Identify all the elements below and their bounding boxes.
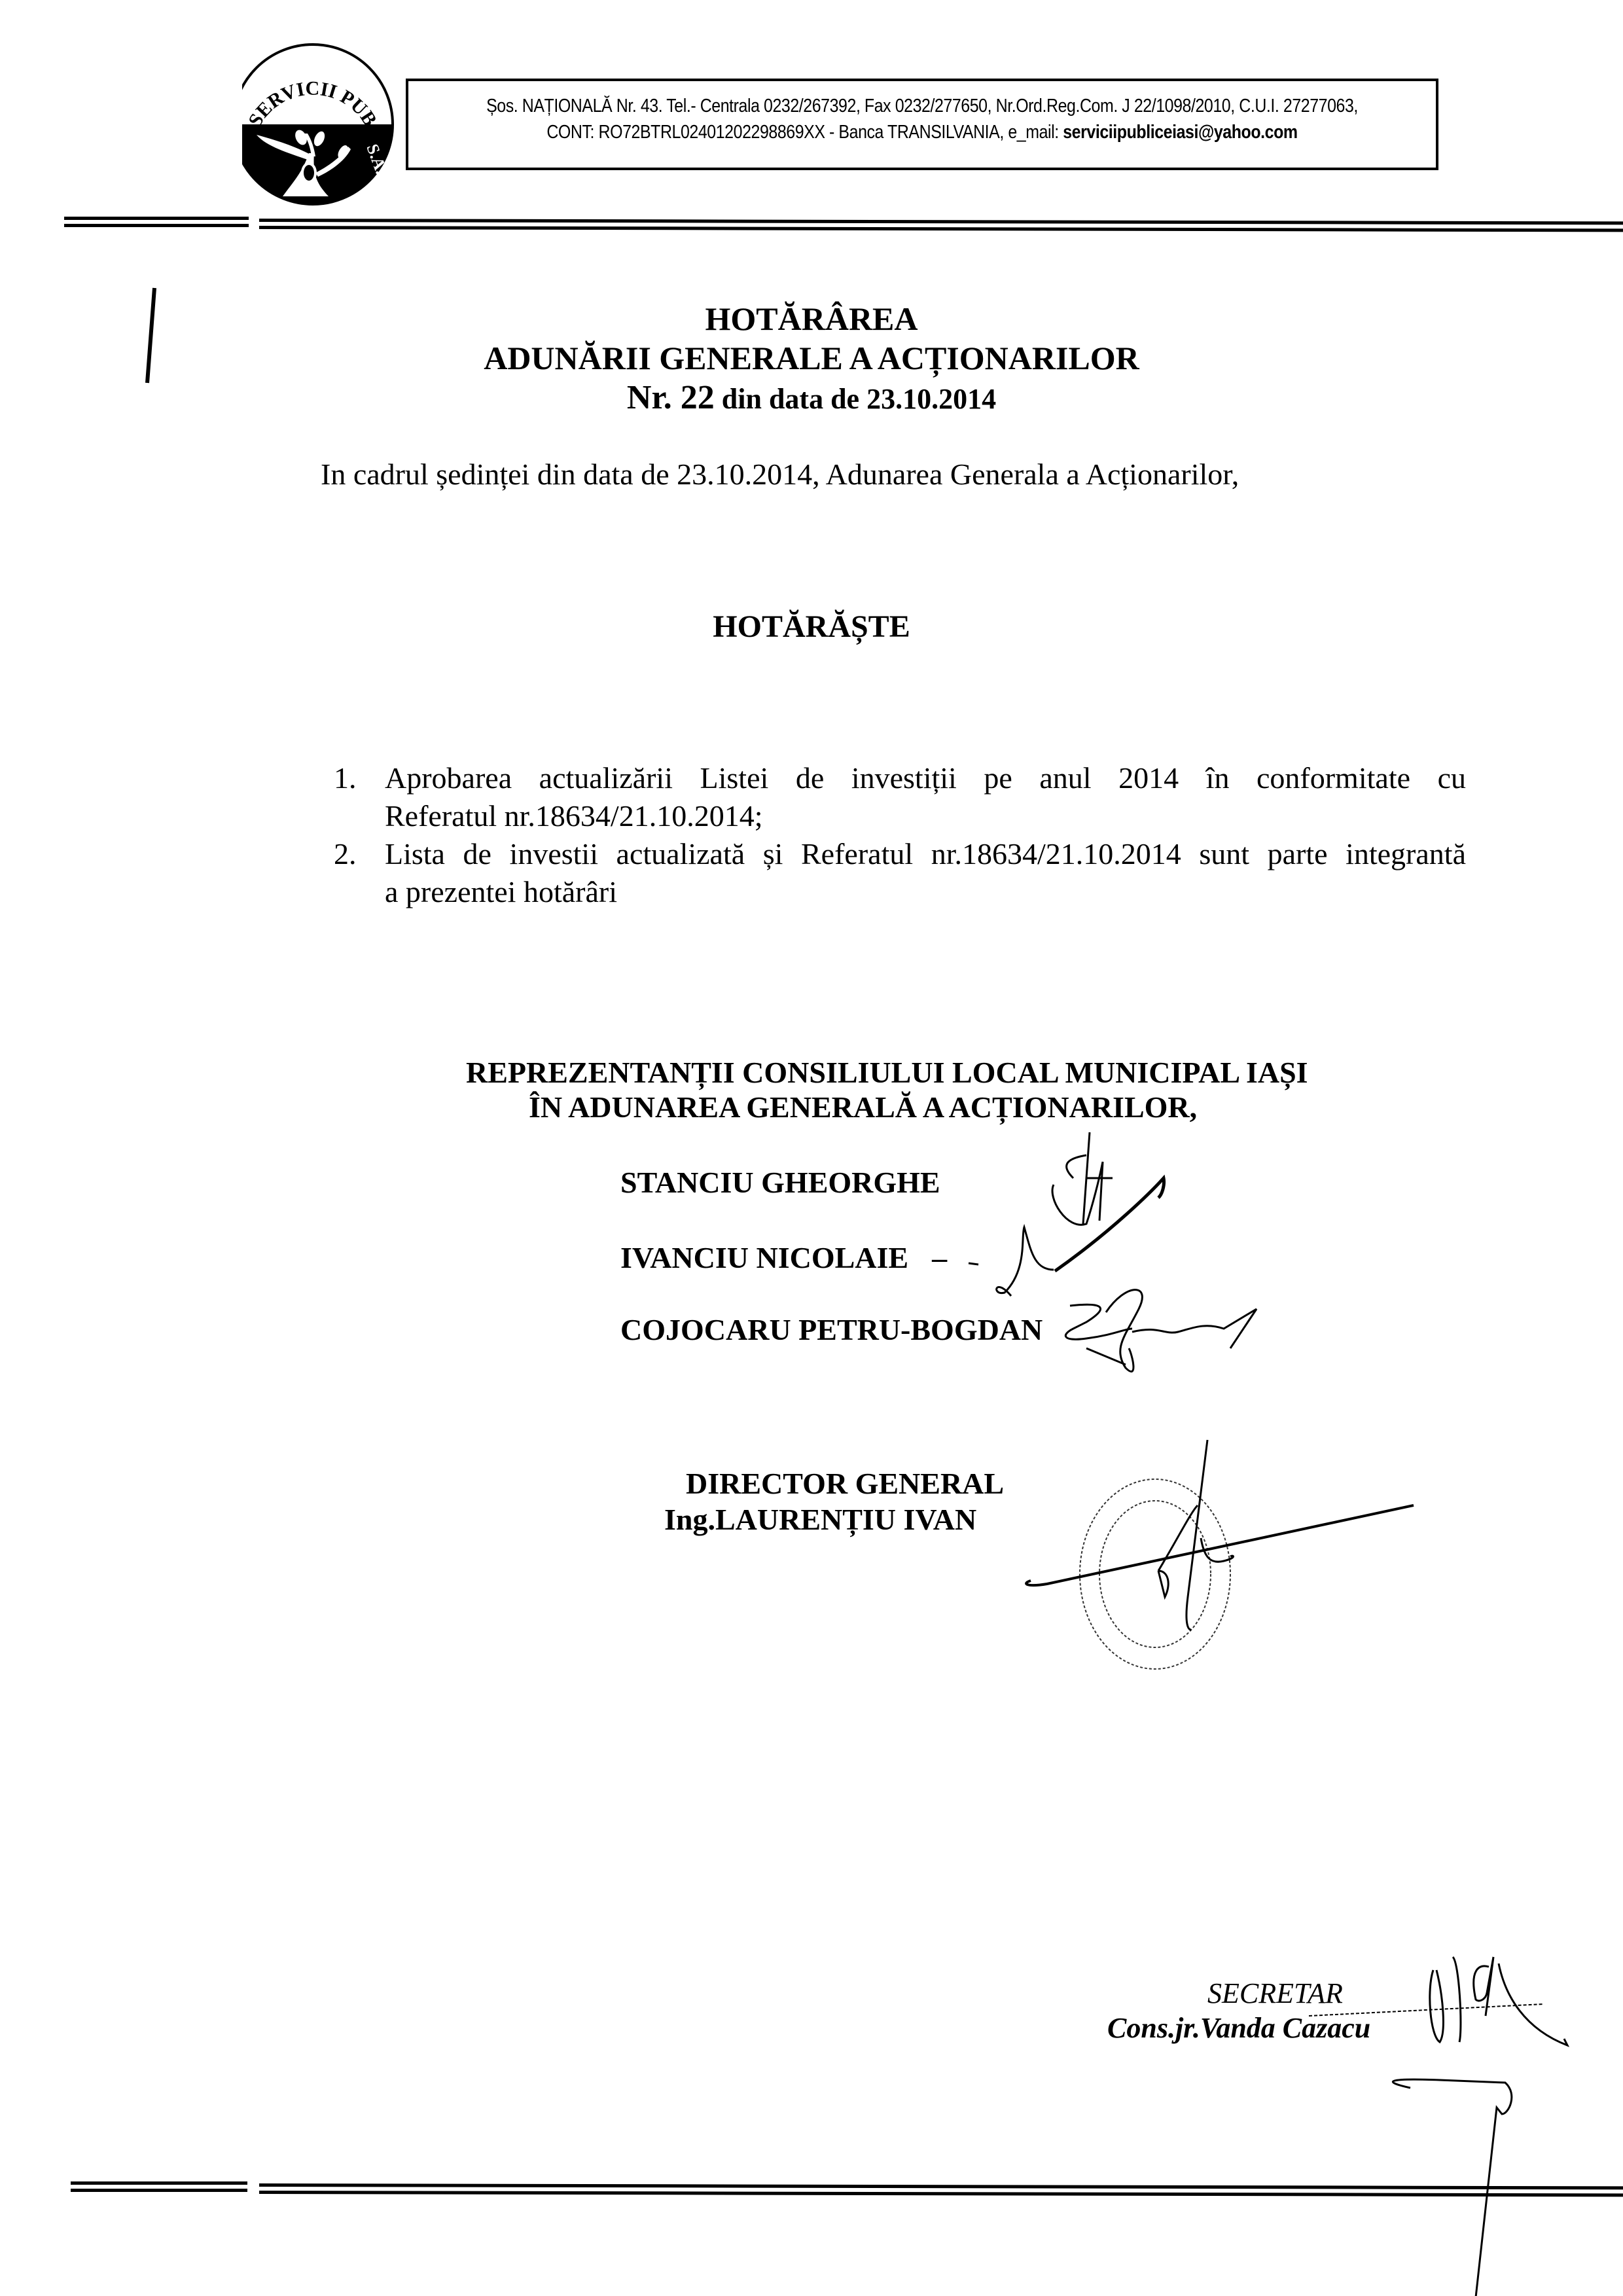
footer-divider (259, 2191, 1623, 2197)
document-number-date: Nr. 22 din data de 23.10.2014 (0, 378, 1623, 417)
footer-divider (71, 2189, 247, 2192)
letterhead-account-text: CONT: RO72BTRL02401202298869XX - Banca T… (546, 122, 1063, 143)
decision-number: 1. (334, 759, 357, 797)
decision-text-line: Aprobarea actualizării Listei de investi… (385, 759, 1466, 797)
signature-cojocaru-icon (1065, 1290, 1257, 1372)
letterhead-contact-box: Șos. NAȚIONALĂ Nr. 43. Tel.- Centrala 02… (406, 79, 1438, 170)
intro-paragraph: In cadrul ședinței din data de 23.10.201… (321, 457, 1239, 492)
decision-item: 2. Lista de investii actualizată și Refe… (334, 835, 1466, 911)
representative-name: STANCIU GHEORGHE (620, 1165, 940, 1200)
secretary-title: SECRETAR (1207, 1977, 1343, 2010)
representative-name: IVANCIU NICOLAIE– (620, 1240, 947, 1275)
letterhead-address-line: Șos. NAȚIONALĂ Nr. 43. Tel.- Centrala 02… (480, 96, 1364, 117)
signature-director-icon (1026, 1440, 1414, 1630)
footer-divider (71, 2181, 247, 2185)
header-divider (259, 219, 1623, 224)
decision-text-line: a prezentei hotărâri (385, 873, 1466, 911)
decision-number: 2. (334, 835, 357, 873)
letterhead-email: serviciipubliceiasi@yahoo.com (1063, 122, 1297, 143)
signature-secretary-icon (1309, 1957, 1567, 2296)
signature-ivanciu-icon (969, 1178, 1164, 1296)
round-company-stamp-icon (1080, 1479, 1230, 1669)
decision-item: 1. Aprobarea actualizării Listei de inve… (334, 759, 1466, 835)
document-title: HOTĂRÂREA (0, 300, 1623, 338)
header-divider (64, 224, 249, 227)
signature-dash: – (932, 1241, 947, 1274)
decides-heading: HOTĂRĂȘTE (0, 609, 1623, 645)
date-label: din data de (715, 383, 866, 415)
representative-name: COJOCARU PETRU-BOGDAN (620, 1312, 1043, 1347)
secretary-name: Cons.jr.Vanda Cazacu (1107, 2011, 1370, 2045)
representatives-heading: REPREZENTANȚII CONSILIULUI LOCAL MUNICIP… (466, 1055, 1308, 1090)
representative-name-text: IVANCIU NICOLAIE (620, 1241, 908, 1274)
representatives-subheading: ÎN ADUNAREA GENERALĂ A ACȚIONARILOR, (529, 1090, 1197, 1124)
document-number: Nr. 22 (627, 379, 715, 416)
director-title: DIRECTOR GENERAL (686, 1466, 1004, 1501)
header-divider (64, 217, 249, 220)
footer-divider (259, 2183, 1623, 2189)
company-seal-logo-icon: SERVICII PUBLICE IAȘI S.A. (230, 42, 395, 207)
company-logo: SERVICII PUBLICE IAȘI S.A. (230, 42, 395, 207)
director-name: Ing.LAURENȚIU IVAN (664, 1502, 976, 1537)
letterhead-account-line: CONT: RO72BTRL02401202298869XX - Banca T… (480, 122, 1364, 143)
signature-stanciu-icon (1052, 1132, 1113, 1225)
decision-text-line: Referatul nr.18634/21.10.2014; (385, 797, 1466, 835)
decision-text-line: Lista de investii actualizată și Referat… (385, 835, 1466, 873)
decisions-list: 1. Aprobarea actualizării Listei de inve… (334, 759, 1466, 911)
document-subtitle: ADUNĂRII GENERALE A ACȚIONARILOR (0, 339, 1623, 377)
header-divider (259, 226, 1623, 232)
document-date: 23.10.2014 (866, 383, 996, 415)
